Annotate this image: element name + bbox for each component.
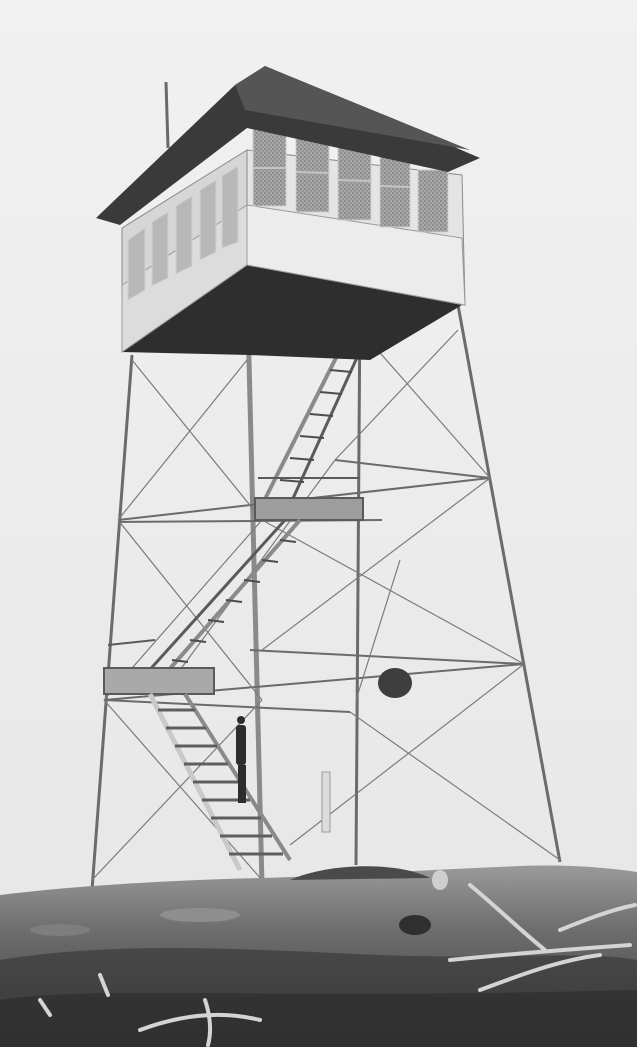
lightning-rod <box>166 82 168 148</box>
ground <box>0 865 637 1047</box>
small-post <box>322 772 330 832</box>
lookout-tower-photo <box>0 0 637 1047</box>
debris-blob <box>378 668 412 698</box>
